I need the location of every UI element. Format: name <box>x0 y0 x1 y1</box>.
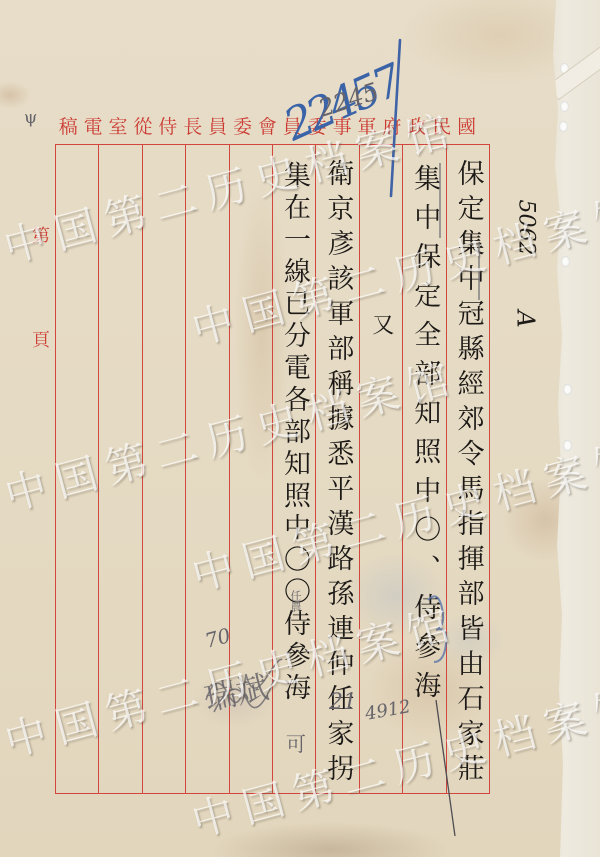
right-margin-number: 5062 <box>514 200 539 256</box>
right-margin-letter: A <box>512 310 540 327</box>
margin-pencil-mark: ψ <box>24 108 37 128</box>
pencil-column-note: 21 <box>329 690 357 715</box>
pencil-side-note: 任農 <box>287 590 303 612</box>
pencil-approve-char: 可 <box>286 728 306 757</box>
